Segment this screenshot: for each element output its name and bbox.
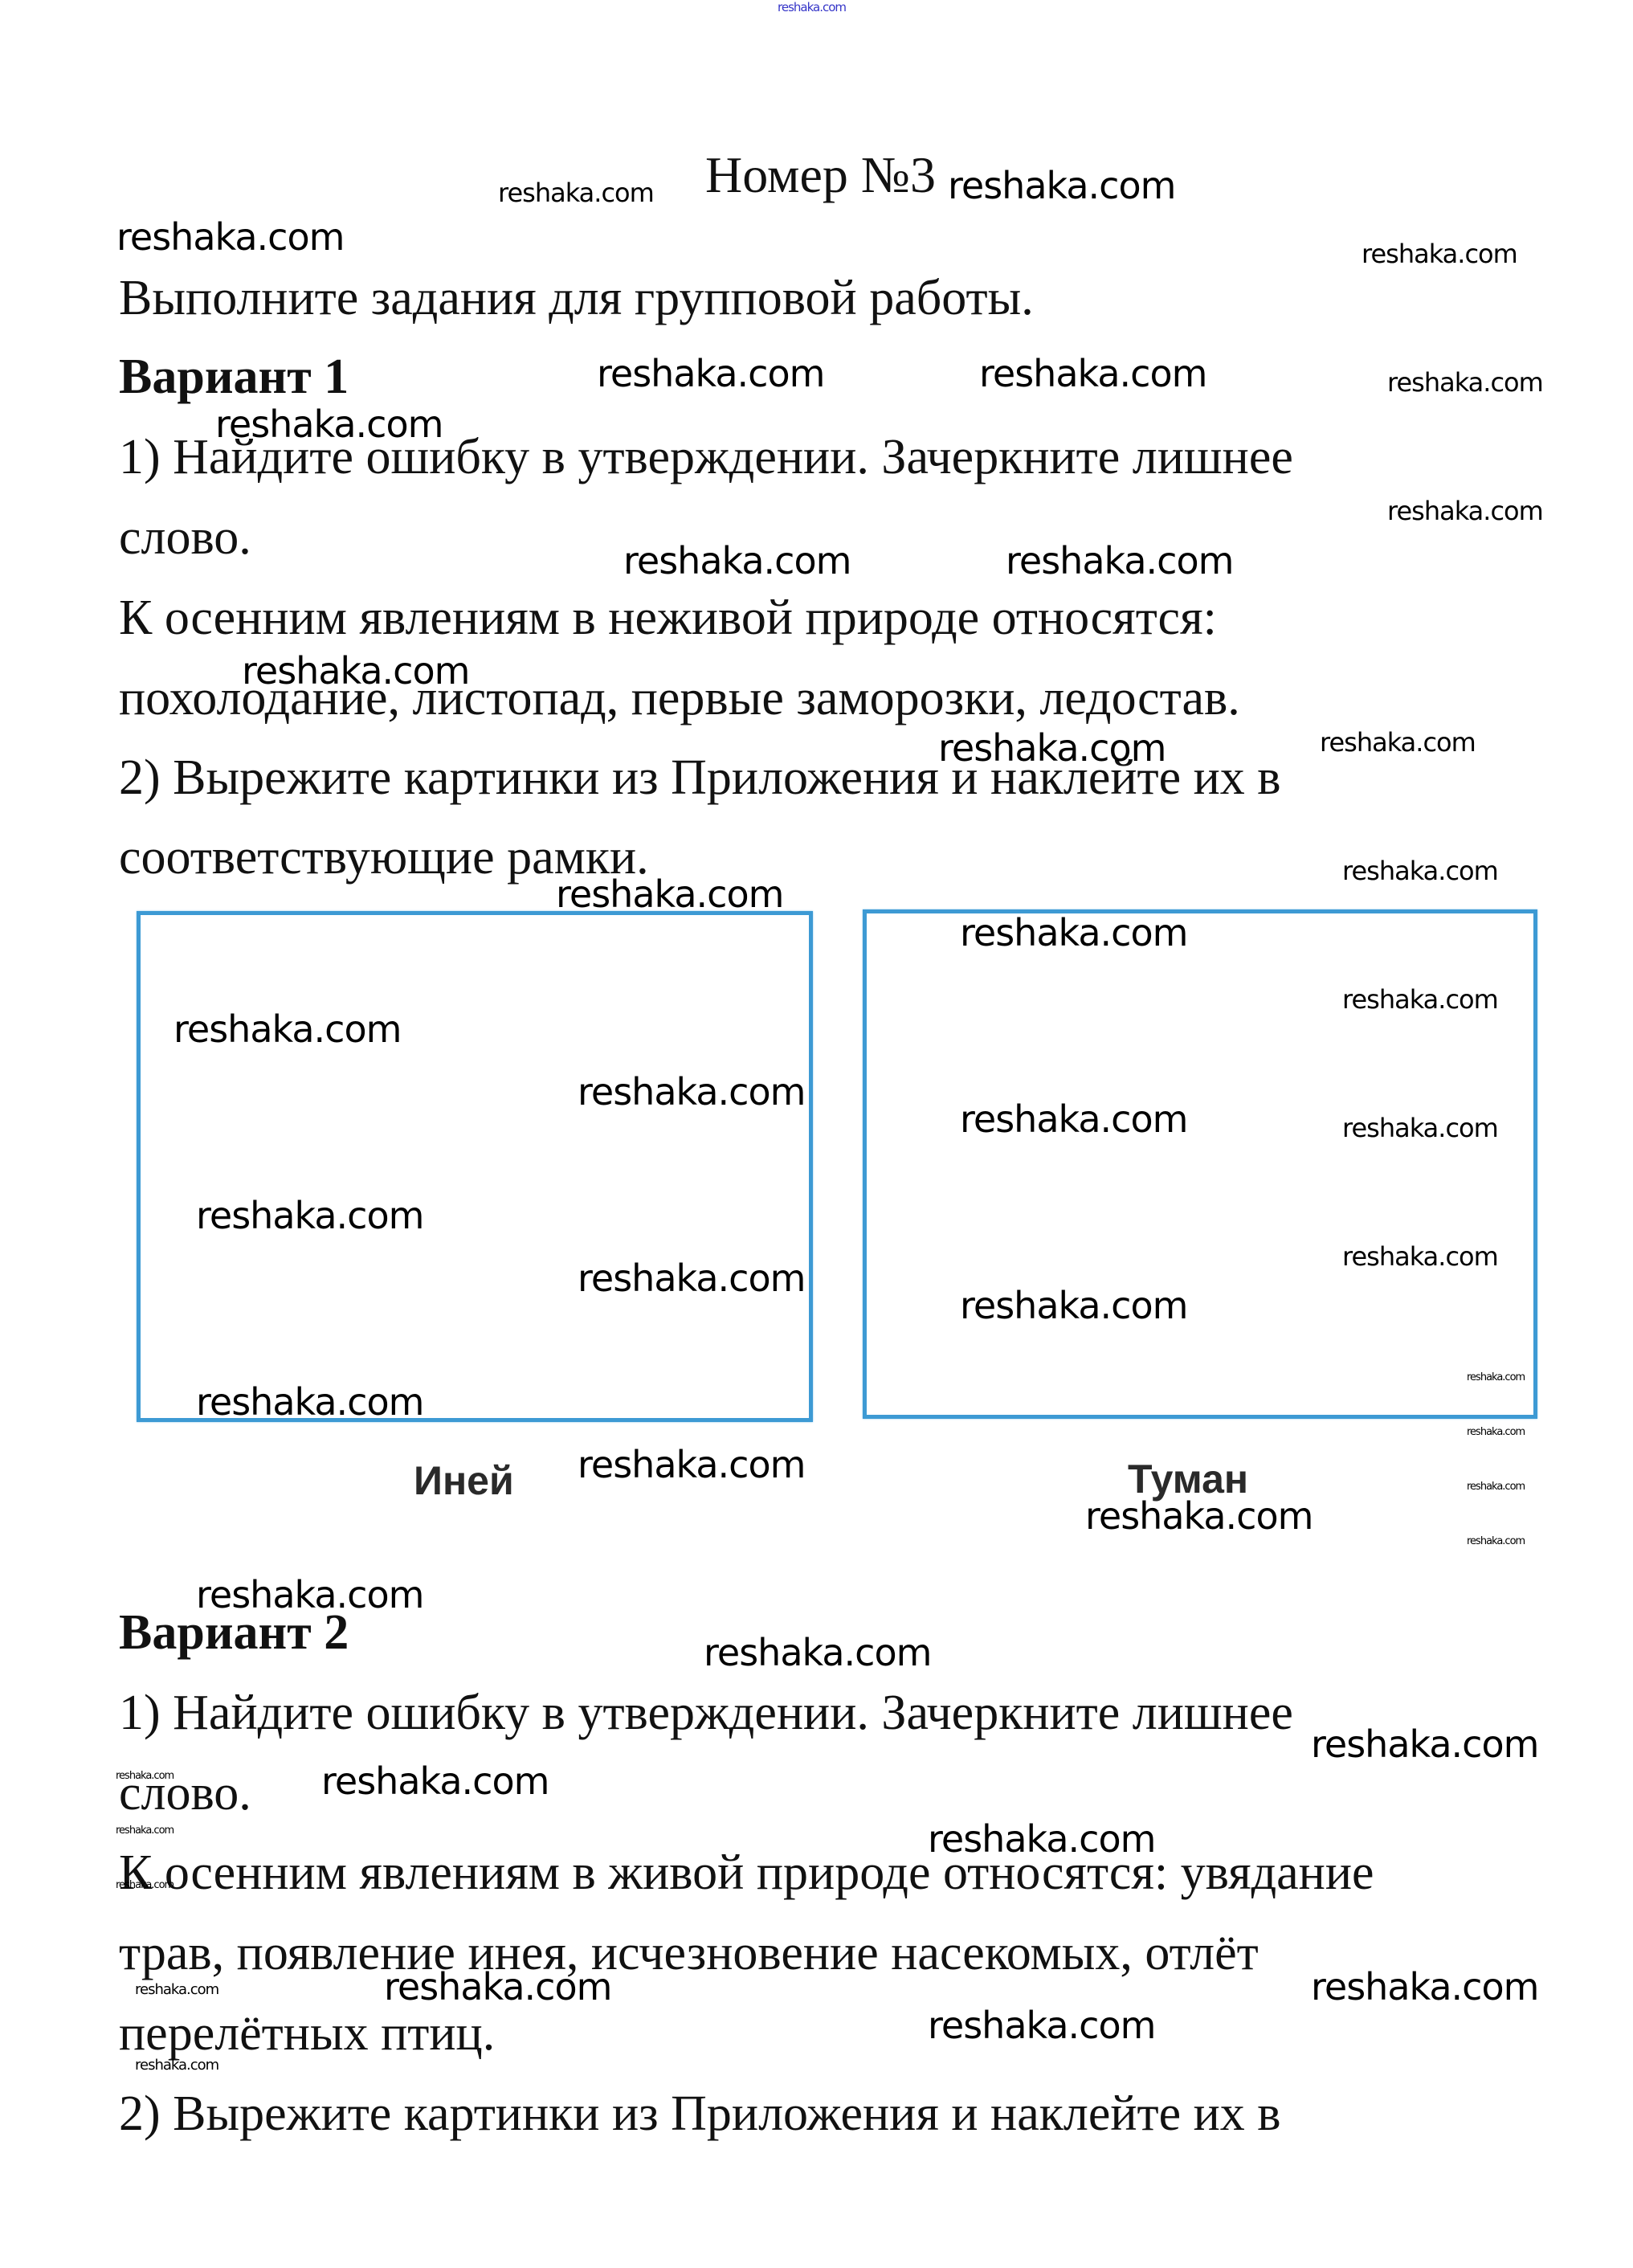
watermark: reshaka.com <box>196 1576 423 1613</box>
variant1-heading: Вариант 1 <box>119 352 349 402</box>
watermark: reshaka.com <box>196 1197 423 1234</box>
watermark: reshaka.com <box>116 219 344 255</box>
watermark: reshaka.com <box>242 652 469 689</box>
frame-frost <box>137 911 813 1422</box>
variant1-statement-line1: К осенним явлениям в неживой природе отн… <box>119 593 1217 643</box>
watermark: reshaka.com <box>1387 370 1543 395</box>
watermark: reshaka.com <box>1311 1968 1538 2005</box>
watermark: reshaka.com <box>623 542 851 579</box>
top-watermark: reshaka.com <box>778 2 846 14</box>
watermark: reshaka.com <box>116 1825 174 1836</box>
watermark: reshaka.com <box>578 1073 805 1110</box>
watermark: reshaka.com <box>384 1968 611 2005</box>
watermark: reshaka.com <box>1362 241 1517 267</box>
page-title: Номер №3 <box>705 149 936 201</box>
intro-text: Выполните задания для групповой работы. <box>119 273 1034 323</box>
watermark: reshaka.com <box>1320 729 1476 755</box>
watermark: reshaka.com <box>1342 1115 1498 1141</box>
variant2-task1-line1: 1) Найдите ошибку в утверждении. Зачеркн… <box>119 1688 1293 1738</box>
watermark: reshaka.com <box>1342 1244 1498 1269</box>
watermark: reshaka.com <box>948 167 1175 204</box>
watermark: reshaka.com <box>960 1287 1187 1324</box>
worksheet-page: reshaka.com Номер №3 Выполните задания д… <box>0 0 1633 2268</box>
watermark: reshaka.com <box>704 1634 931 1671</box>
watermark: reshaka.com <box>578 1260 805 1297</box>
watermark: reshaka.com <box>578 1446 805 1483</box>
watermark: reshaka.com <box>321 1763 549 1800</box>
watermark: reshaka.com <box>556 876 783 913</box>
watermark: reshaka.com <box>215 406 443 443</box>
watermark: reshaka.com <box>979 355 1206 392</box>
watermark: reshaka.com <box>1342 858 1498 884</box>
variant2-statement-line1: К осенним явлениям в живой природе относ… <box>119 1848 1374 1898</box>
watermark: reshaka.com <box>960 914 1187 951</box>
watermark: reshaka.com <box>1467 1481 1525 1492</box>
watermark: reshaka.com <box>174 1011 401 1048</box>
frame-frost-label: Иней <box>414 1461 514 1501</box>
watermark: reshaka.com <box>928 1821 1155 1857</box>
watermark: reshaka.com <box>1467 1427 1525 1437</box>
variant2-statement-line2: трав, появление инея, исчезновение насек… <box>119 1928 1259 1978</box>
watermark: reshaka.com <box>116 1771 174 1781</box>
watermark: reshaka.com <box>938 729 1166 766</box>
watermark: reshaka.com <box>135 2058 218 2073</box>
watermark: reshaka.com <box>1342 987 1498 1012</box>
watermark: reshaka.com <box>1311 1726 1538 1763</box>
watermark: reshaka.com <box>1467 1372 1525 1383</box>
watermark: reshaka.com <box>1006 542 1233 579</box>
watermark: reshaka.com <box>1085 1498 1313 1534</box>
variant2-statement-line3: перелётных птиц. <box>119 2009 495 2058</box>
frame-fog-label: Туман <box>1128 1459 1248 1499</box>
watermark: reshaka.com <box>135 1983 218 1997</box>
watermark: reshaka.com <box>597 355 824 392</box>
watermark: reshaka.com <box>196 1383 423 1420</box>
watermark: reshaka.com <box>116 1880 174 1890</box>
watermark: reshaka.com <box>1467 1536 1525 1547</box>
watermark: reshaka.com <box>1387 498 1543 524</box>
watermark: reshaka.com <box>928 2007 1155 2044</box>
watermark: reshaka.com <box>960 1101 1187 1138</box>
variant1-task1-line2: слово. <box>119 513 251 562</box>
watermark: reshaka.com <box>498 180 654 206</box>
variant2-task2-line1: 2) Вырежите картинки из Приложения и нак… <box>119 2089 1281 2139</box>
